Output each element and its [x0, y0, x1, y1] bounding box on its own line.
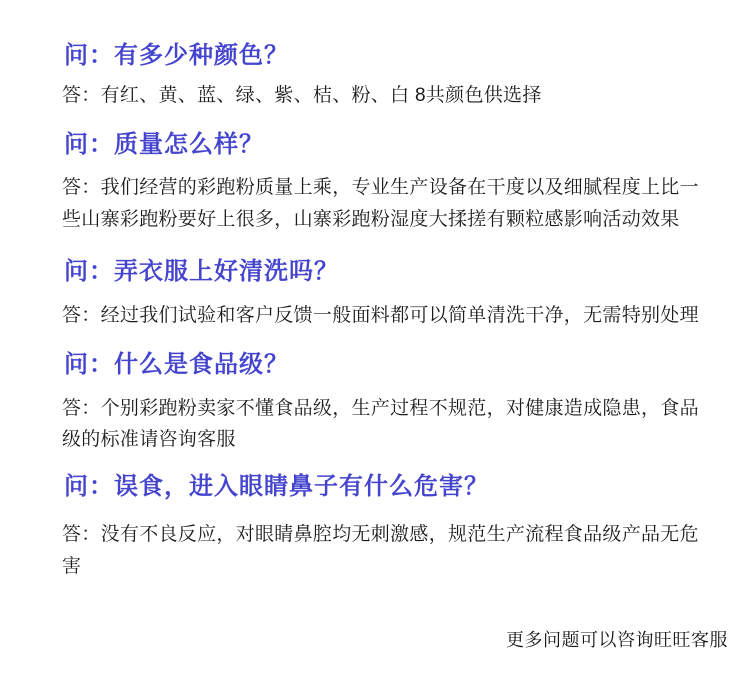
faq-question-colors: 问：有多少种颜色？: [64, 42, 289, 70]
faq-answer-quality: 答：我们经营的彩跑粉质量上乘，专业生产设备在干度以及细腻程度上比一些山寨彩跑粉要…: [62, 172, 712, 236]
faq-question-quality: 问：质量怎么样？: [64, 131, 264, 159]
faq-answer-food-grade: 答：个别彩跑粉卖家不懂食品级，生产过程不规范，对健康造成隐患，食品级的标准请咨询…: [62, 393, 712, 455]
faq-page: 问：有多少种颜色？ 答：有红、黄、蓝、绿、紫、桔、粉、白 8共颜色供选择 问：质…: [0, 0, 750, 688]
faq-question-washing: 问：弄衣服上好清洗吗？: [64, 258, 339, 286]
faq-answer-washing: 答：经过我们试验和客户反馈一般面料都可以简单清洗干净，无需特别处理: [62, 300, 699, 332]
faq-question-food-grade: 问：什么是食品级？: [64, 351, 289, 379]
faq-question-safety: 问：误食，进入眼睛鼻子有什么危害？: [64, 473, 489, 501]
footer-note: 更多问题可以咨询旺旺客服: [506, 626, 728, 652]
faq-answer-safety: 答：没有不良反应，对眼睛鼻腔均无刺激感，规范生产流程食品级产品无危害: [62, 519, 712, 583]
faq-answer-colors: 答：有红、黄、蓝、绿、紫、桔、粉、白 8共颜色供选择: [62, 80, 542, 112]
